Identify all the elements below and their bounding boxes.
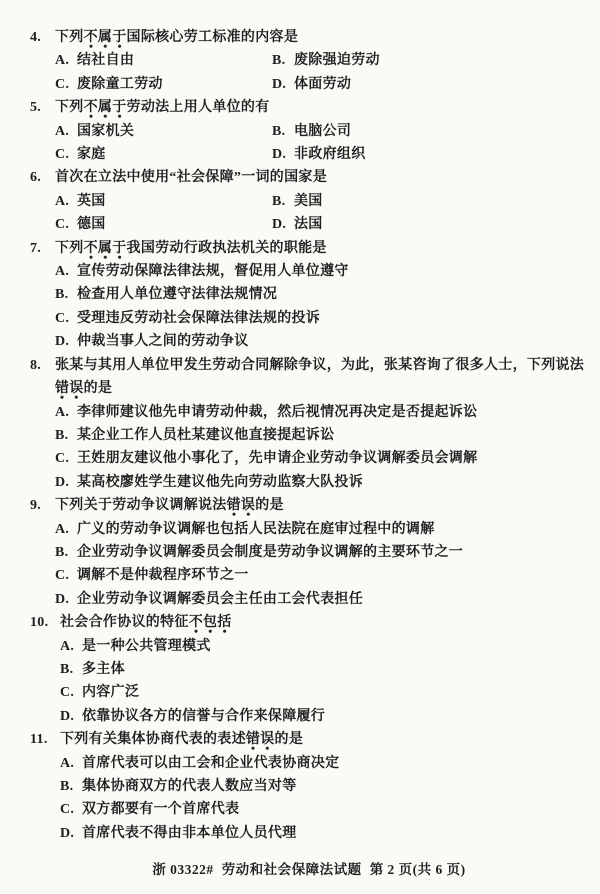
option-text: 李律师建议他先申请劳动仲裁，然后视情况再决定是否提起诉讼 xyxy=(77,405,477,420)
option-a: A.是一种公共管理模式 xyxy=(60,635,588,658)
question-number: 4. xyxy=(30,26,55,49)
question-4-options: A.结社自由 B.废除强迫劳动 C.废除童工劳动 D.体面劳动 xyxy=(55,49,588,96)
option-a: A.国家机关 xyxy=(55,120,272,143)
option-text: 某高校廖姓学生建议他先向劳动监察大队投诉 xyxy=(77,475,363,490)
option-letter: D. xyxy=(272,213,294,236)
option-text: 调解不是仲裁程序环节之一 xyxy=(77,568,249,583)
option-d: D.首席代表不得由非本单位人员代理 xyxy=(60,822,588,845)
question-5: 5. 下列不属于劳动法上用人单位的有 A.国家机关 B.电脑公司 C.家庭 D.… xyxy=(30,96,588,166)
question-number: 8. xyxy=(30,354,55,377)
emphasized-text: 错误 xyxy=(246,732,275,751)
option-letter: B. xyxy=(55,541,77,564)
option-letter: A. xyxy=(55,49,77,72)
option-letter: A. xyxy=(55,401,77,424)
option-text: 德国 xyxy=(77,217,106,232)
exam-page: 4. 下列不属于国际核心劳工标准的内容是 A.结社自由 B.废除强迫劳动 C.废… xyxy=(0,0,600,882)
option-text: 体面劳动 xyxy=(294,77,351,92)
option-letter: B. xyxy=(55,283,77,306)
question-text-post: 国际核心劳工标准的内容是 xyxy=(127,30,299,45)
option-letter: D. xyxy=(272,73,294,96)
question-text-post: 的是 xyxy=(275,732,304,747)
option-text: 企业劳动争议调解委员会主任由工会代表担任 xyxy=(77,592,363,607)
option-letter: D. xyxy=(272,143,294,166)
question-9-stem: 9. 下列关于劳动争议调解说法错误的是 xyxy=(30,494,588,517)
option-text: 广义的劳动争议调解也包括人民法院在庭审过程中的调解 xyxy=(77,522,435,537)
question-8-stem: 8. 张某与其用人单位甲发生劳动合同解除争议，为此，张某咨询了很多人士，下列说法… xyxy=(30,354,588,401)
question-text-pre: 下列关于劳动争议调解说法 xyxy=(55,498,227,513)
option-d: D.非政府组织 xyxy=(272,143,588,166)
option-text: 废除童工劳动 xyxy=(77,77,163,92)
option-a: A.首席代表可以由工会和企业代表协商决定 xyxy=(60,752,588,775)
option-text: 是一种公共管理模式 xyxy=(82,639,211,654)
option-letter: B. xyxy=(272,190,294,213)
option-text: 企业劳动争议调解委员会制度是劳动争议调解的主要环节之一 xyxy=(77,545,463,560)
exam-title: 劳动和社会保障法试题 xyxy=(222,862,362,877)
emphasized-text: 不包括 xyxy=(189,615,232,634)
question-text: 首次在立法中使用“社会保障”一词的国家是 xyxy=(55,166,588,189)
question-text: 社会合作协议的特征不包括 xyxy=(60,611,588,634)
question-10-stem: 10. 社会合作协议的特征不包括 xyxy=(30,611,588,634)
option-c: C.调解不是仲裁程序环节之一 xyxy=(55,564,588,587)
question-text: 下列有关集体协商代表的表述错误的是 xyxy=(60,728,588,751)
option-letter: C. xyxy=(55,73,77,96)
question-text-post: 的是 xyxy=(84,381,113,396)
option-text: 国家机关 xyxy=(77,124,134,139)
question-4-stem: 4. 下列不属于国际核心劳工标准的内容是 xyxy=(30,26,588,49)
emphasized-text: 不属于 xyxy=(84,100,127,119)
option-text: 法国 xyxy=(294,217,323,232)
question-7-stem: 7. 下列不属于我国劳动行政执法机关的职能是 xyxy=(30,237,588,260)
option-letter: C. xyxy=(55,564,77,587)
option-c: C.受理违反劳动社会保障法律法规的投诉 xyxy=(55,307,588,330)
option-text: 王姓朋友建议他小事化了，先申请企业劳动争议调解委员会调解 xyxy=(77,451,477,466)
option-text: 非政府组织 xyxy=(294,147,366,162)
option-text: 家庭 xyxy=(77,147,106,162)
emphasized-text: 错误 xyxy=(227,498,256,517)
option-text: 仲裁当事人之间的劳动争议 xyxy=(77,334,249,349)
option-text: 依靠协议各方的信誉与合作来保障履行 xyxy=(82,709,325,724)
option-text: 多主体 xyxy=(82,662,125,677)
question-9: 9. 下列关于劳动争议调解说法错误的是 A.广义的劳动争议调解也包括人民法院在庭… xyxy=(30,494,588,611)
question-number: 7. xyxy=(30,237,55,260)
option-b: B.集体协商双方的代表人数应当对等 xyxy=(60,775,588,798)
option-text: 集体协商双方的代表人数应当对等 xyxy=(82,779,297,794)
question-7-options: A.宣传劳动保障法律法规，督促用人单位遵守 B.检查用人单位遵守法律法规情况 C… xyxy=(55,260,588,354)
question-number: 5. xyxy=(30,96,55,119)
option-b: B.电脑公司 xyxy=(272,120,588,143)
page-footer: 浙 03322#劳动和社会保障法试题第 2 页(共 6 页) xyxy=(30,858,588,881)
option-c: C.双方都要有一个首席代表 xyxy=(60,798,588,821)
question-text-post: 劳动法上用人单位的有 xyxy=(127,100,270,115)
option-letter: C. xyxy=(60,798,82,821)
option-letter: C. xyxy=(60,681,82,704)
option-d: D.依靠协议各方的信誉与合作来保障履行 xyxy=(60,705,588,728)
option-letter: A. xyxy=(60,635,82,658)
option-text: 宣传劳动保障法律法规，督促用人单位遵守 xyxy=(77,264,349,279)
option-b: B.美国 xyxy=(272,190,588,213)
option-a: A.英国 xyxy=(55,190,272,213)
option-letter: D. xyxy=(55,471,77,494)
option-letter: C. xyxy=(55,143,77,166)
option-letter: B. xyxy=(60,775,82,798)
option-letter: C. xyxy=(55,213,77,236)
option-text: 内容广泛 xyxy=(82,685,139,700)
question-text-pre: 首次在立法中使用“社会保障”一词的国家是 xyxy=(55,170,327,185)
option-text: 首席代表不得由非本单位人员代理 xyxy=(82,826,297,841)
option-letter: B. xyxy=(60,658,82,681)
question-6-options: A.英国 B.美国 C.德国 D.法国 xyxy=(55,190,588,237)
question-11-stem: 11. 下列有关集体协商代表的表述错误的是 xyxy=(30,728,588,751)
question-number: 11. xyxy=(30,728,60,751)
question-6-stem: 6. 首次在立法中使用“社会保障”一词的国家是 xyxy=(30,166,588,189)
option-c: C.内容广泛 xyxy=(60,681,588,704)
option-letter: B. xyxy=(272,120,294,143)
option-text: 英国 xyxy=(77,194,106,209)
option-d: D.仲裁当事人之间的劳动争议 xyxy=(55,330,588,353)
question-text-pre: 社会合作协议的特征 xyxy=(60,615,189,630)
page-indicator: 第 2 页(共 6 页) xyxy=(370,862,466,877)
question-text-pre: 下列 xyxy=(55,30,84,45)
option-b: B.废除强迫劳动 xyxy=(272,49,588,72)
option-text: 双方都要有一个首席代表 xyxy=(82,802,239,817)
option-text: 结社自由 xyxy=(77,53,134,68)
option-text: 首席代表可以由工会和企业代表协商决定 xyxy=(82,756,339,771)
question-text: 张某与其用人单位甲发生劳动合同解除争议，为此，张某咨询了很多人士，下列说法错误的… xyxy=(55,354,588,401)
question-text: 下列不属于我国劳动行政执法机关的职能是 xyxy=(55,237,588,260)
question-text-post: 我国劳动行政执法机关的职能是 xyxy=(127,241,327,256)
option-text: 检查用人单位遵守法律法规情况 xyxy=(77,287,277,302)
option-letter: D. xyxy=(60,822,82,845)
option-letter: D. xyxy=(55,330,77,353)
question-10: 10. 社会合作协议的特征不包括 A.是一种公共管理模式 B.多主体 C.内容广… xyxy=(30,611,588,728)
question-4: 4. 下列不属于国际核心劳工标准的内容是 A.结社自由 B.废除强迫劳动 C.废… xyxy=(30,26,588,96)
question-text-post: 的是 xyxy=(255,498,284,513)
question-text-pre: 张某与其用人单位甲发生劳动合同解除争议，为此，张某咨询了很多人士，下列说法 xyxy=(55,358,584,373)
option-a: A.宣传劳动保障法律法规，督促用人单位遵守 xyxy=(55,260,588,283)
option-text: 废除强迫劳动 xyxy=(294,53,380,68)
question-5-stem: 5. 下列不属于劳动法上用人单位的有 xyxy=(30,96,588,119)
option-b: B.检查用人单位遵守法律法规情况 xyxy=(55,283,588,306)
option-a: A.李律师建议他先申请劳动仲裁，然后视情况再决定是否提起诉讼 xyxy=(55,401,588,424)
question-text: 下列不属于国际核心劳工标准的内容是 xyxy=(55,26,588,49)
question-text-pre: 下列 xyxy=(55,100,84,115)
emphasized-text: 不属于 xyxy=(84,30,127,49)
option-letter: A. xyxy=(55,518,77,541)
option-letter: A. xyxy=(60,752,82,775)
option-a: A.结社自由 xyxy=(55,49,272,72)
question-8: 8. 张某与其用人单位甲发生劳动合同解除争议，为此，张某咨询了很多人士，下列说法… xyxy=(30,354,588,494)
option-c: C.废除童工劳动 xyxy=(55,73,272,96)
question-11-options: A.首席代表可以由工会和企业代表协商决定 B.集体协商双方的代表人数应当对等 C… xyxy=(60,752,588,846)
question-8-options: A.李律师建议他先申请劳动仲裁，然后视情况再决定是否提起诉讼 B.某企业工作人员… xyxy=(55,401,588,495)
question-text: 下列关于劳动争议调解说法错误的是 xyxy=(55,494,588,517)
option-d: D.法国 xyxy=(272,213,588,236)
question-number: 6. xyxy=(30,166,55,189)
option-text: 受理违反劳动社会保障法律法规的投诉 xyxy=(77,311,320,326)
option-letter: A. xyxy=(55,120,77,143)
option-a: A.广义的劳动争议调解也包括人民法院在庭审过程中的调解 xyxy=(55,518,588,541)
option-text: 美国 xyxy=(294,194,323,209)
question-text: 下列不属于劳动法上用人单位的有 xyxy=(55,96,588,119)
option-letter: C. xyxy=(55,307,77,330)
question-number: 9. xyxy=(30,494,55,517)
option-b: B.多主体 xyxy=(60,658,588,681)
option-c: C.王姓朋友建议他小事化了，先申请企业劳动争议调解委员会调解 xyxy=(55,447,588,470)
question-5-options: A.国家机关 B.电脑公司 C.家庭 D.非政府组织 xyxy=(55,120,588,167)
question-number: 10. xyxy=(30,611,60,634)
question-11: 11. 下列有关集体协商代表的表述错误的是 A.首席代表可以由工会和企业代表协商… xyxy=(30,728,588,845)
option-c: C.家庭 xyxy=(55,143,272,166)
option-b: B.企业劳动争议调解委员会制度是劳动争议调解的主要环节之一 xyxy=(55,541,588,564)
option-d: D.某高校廖姓学生建议他先向劳动监察大队投诉 xyxy=(55,471,588,494)
option-c: C.德国 xyxy=(55,213,272,236)
question-7: 7. 下列不属于我国劳动行政执法机关的职能是 A.宣传劳动保障法律法规，督促用人… xyxy=(30,237,588,354)
question-10-options: A.是一种公共管理模式 B.多主体 C.内容广泛 D.依靠协议各方的信誉与合作来… xyxy=(60,635,588,729)
emphasized-text: 错误 xyxy=(55,381,84,400)
question-6: 6. 首次在立法中使用“社会保障”一词的国家是 A.英国 B.美国 C.德国 D… xyxy=(30,166,588,236)
option-letter: B. xyxy=(55,424,77,447)
option-text: 某企业工作人员杜某建议他直接提起诉讼 xyxy=(77,428,334,443)
option-letter: D. xyxy=(60,705,82,728)
emphasized-text: 不属于 xyxy=(84,241,127,260)
option-d: D.体面劳动 xyxy=(272,73,588,96)
question-text-pre: 下列 xyxy=(55,241,84,256)
option-letter: A. xyxy=(55,260,77,283)
option-letter: C. xyxy=(55,447,77,470)
option-letter: B. xyxy=(272,49,294,72)
option-text: 电脑公司 xyxy=(294,124,351,139)
option-letter: A. xyxy=(55,190,77,213)
option-b: B.某企业工作人员杜某建议他直接提起诉讼 xyxy=(55,424,588,447)
option-d: D.企业劳动争议调解委员会主任由工会代表担任 xyxy=(55,588,588,611)
exam-code: 浙 03322# xyxy=(152,862,213,877)
option-letter: D. xyxy=(55,588,77,611)
question-9-options: A.广义的劳动争议调解也包括人民法院在庭审过程中的调解 B.企业劳动争议调解委员… xyxy=(55,518,588,612)
question-text-pre: 下列有关集体协商代表的表述 xyxy=(60,732,246,747)
